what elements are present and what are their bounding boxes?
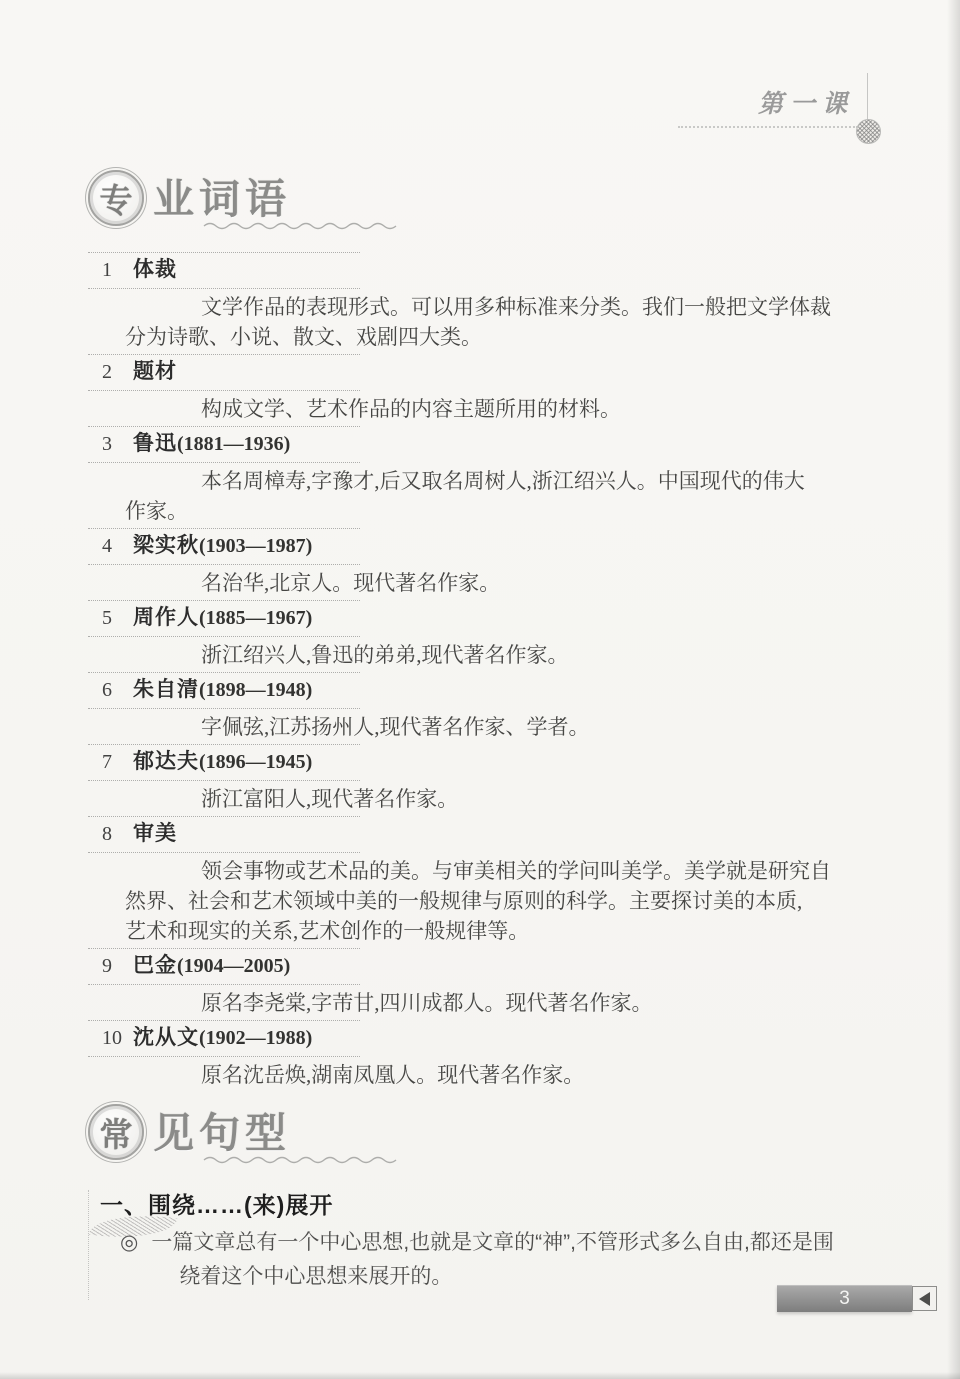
page-bottom-shadow	[0, 1372, 960, 1379]
section-title-vocabulary: 专 业词语	[88, 170, 291, 226]
vocab-term-row: 2题材	[88, 354, 360, 391]
item-term: 朱自清	[133, 678, 199, 701]
item-definition: 领会事物或艺术品的美。与审美相关的学问叫美学。美学就是研究自 然界、社会和艺术领…	[125, 856, 902, 946]
example-text: 一篇文章总有一个中心思想,也就是文章的“神”,不管形式多么自由,都还是围 绕着这…	[151, 1226, 834, 1294]
vocab-item: 1体裁 文学作品的表现形式。可以用多种标准来分类。我们一般把文学体裁 分为诗歌、…	[88, 252, 902, 352]
item-definition: 本名周樟寿,字豫才,后又取名周树人,浙江绍兴人。中国现代的伟大 作家。	[125, 466, 902, 526]
vocab-item: 7郁达夫(1896—1945) 浙江富阳人,现代著名作家。	[88, 744, 902, 814]
vocab-term-row: 10沈从文(1902—1988)	[88, 1020, 360, 1057]
pin-ball-icon	[856, 119, 881, 144]
item-years: (1903—1987)	[199, 535, 312, 557]
item-number: 1	[102, 257, 133, 283]
item-term: 郁达夫	[133, 750, 199, 773]
item-term: 沈从文	[133, 1026, 199, 1049]
page-number-bar: 3	[777, 1285, 912, 1312]
item-term: 鲁迅	[133, 432, 177, 455]
pattern-heading: 一、围绕……(来)展开	[89, 1190, 935, 1221]
definition-line: 艺术和现实的关系,艺术创作的一般规律等。	[125, 916, 902, 946]
vocab-list: 1体裁 文学作品的表现形式。可以用多种标准来分类。我们一般把文学体裁 分为诗歌、…	[88, 252, 902, 1092]
example-line: 绕着这个中心思想来展开的。	[151, 1260, 834, 1294]
definition-line: 本名周樟寿,字豫才,后又取名周树人,浙江绍兴人。中国现代的伟大	[125, 466, 902, 496]
section-title-text: 见句型	[153, 1113, 291, 1160]
vocab-item: 9巴金(1904—2005) 原名李尧棠,字芾甘,四川成都人。现代著名作家。	[88, 948, 902, 1018]
item-term: 巴金	[133, 954, 177, 977]
item-definition: 浙江绍兴人,鲁迅的弟弟,现代著名作家。	[125, 640, 902, 670]
pattern-block: 一、围绕……(来)展开 ◎ 一篇文章总有一个中心思想,也就是文章的“神”,不管形…	[88, 1190, 935, 1300]
definition-line: 名治华,北京人。现代著名作家。	[125, 568, 902, 598]
item-term: 体裁	[133, 258, 177, 281]
vocab-item: 3鲁迅(1881—1936) 本名周樟寿,字豫才,后又取名周树人,浙江绍兴人。中…	[88, 426, 902, 526]
item-number: 10	[102, 1025, 133, 1051]
definition-line: 作家。	[125, 496, 902, 526]
item-definition: 字佩弦,江苏扬州人,现代著名作家、学者。	[125, 712, 902, 742]
item-years: (1896—1945)	[199, 751, 312, 773]
vocab-term-row: 5周作人(1885—1967)	[88, 600, 360, 637]
item-number: 2	[102, 359, 133, 385]
page-edge-shadow	[947, 0, 960, 1379]
vocab-item: 2题材 构成文学、艺术作品的内容主题所用的材料。	[88, 354, 902, 424]
squiggle-underline	[202, 220, 402, 230]
item-term: 审美	[133, 822, 177, 845]
definition-line: 构成文学、艺术作品的内容主题所用的材料。	[125, 394, 902, 424]
item-years: (1898—1948)	[199, 679, 312, 701]
page-nav-box	[912, 1286, 937, 1311]
item-years: (1904—2005)	[177, 955, 290, 977]
definition-line: 浙江富阳人,现代著名作家。	[125, 784, 902, 814]
lesson-header: 第一课	[758, 84, 854, 120]
item-number: 6	[102, 677, 133, 703]
item-years: (1885—1967)	[199, 607, 312, 629]
vocab-term-row: 8审美	[88, 816, 360, 853]
item-term: 梁实秋	[133, 534, 199, 557]
item-term: 题材	[133, 360, 177, 383]
item-number: 3	[102, 431, 133, 457]
page-number: 3	[839, 1288, 850, 1310]
definition-line: 文学作品的表现形式。可以用多种标准来分类。我们一般把文学体裁	[125, 292, 902, 322]
definition-line: 分为诗歌、小说、散文、戏剧四大类。	[125, 322, 902, 352]
section-badge-icon: 专	[88, 170, 144, 226]
item-definition: 构成文学、艺术作品的内容主题所用的材料。	[125, 394, 902, 424]
left-triangle-icon	[919, 1292, 930, 1306]
item-definition: 原名李尧棠,字芾甘,四川成都人。现代著名作家。	[125, 988, 902, 1018]
item-number: 9	[102, 953, 133, 979]
section-badge-icon: 常	[88, 1104, 144, 1160]
vocab-term-row: 3鲁迅(1881—1936)	[88, 426, 360, 463]
definition-line: 原名沈岳焕,湖南凤凰人。现代著名作家。	[125, 1060, 902, 1090]
example-line: 一篇文章总有一个中心思想,也就是文章的“神”,不管形式多么自由,都还是围	[151, 1226, 834, 1260]
item-definition: 浙江富阳人,现代著名作家。	[125, 784, 902, 814]
vocab-item: 5周作人(1885—1967) 浙江绍兴人,鲁迅的弟弟,现代著名作家。	[88, 600, 902, 670]
vocab-item: 6朱自清(1898—1948) 字佩弦,江苏扬州人,现代著名作家、学者。	[88, 672, 902, 742]
item-number: 7	[102, 749, 133, 775]
definition-line: 领会事物或艺术品的美。与审美相关的学问叫美学。美学就是研究自	[125, 856, 902, 886]
pin-line	[867, 73, 868, 122]
definition-line: 字佩弦,江苏扬州人,现代著名作家、学者。	[125, 712, 902, 742]
item-years: (1902—1988)	[199, 1027, 312, 1049]
vocab-term-row: 1体裁	[88, 252, 360, 289]
item-definition: 名治华,北京人。现代著名作家。	[125, 568, 902, 598]
vocab-term-row: 4梁实秋(1903—1987)	[88, 528, 360, 565]
vocab-term-row: 6朱自清(1898—1948)	[88, 672, 360, 709]
definition-line: 浙江绍兴人,鲁迅的弟弟,现代著名作家。	[125, 640, 902, 670]
item-definition: 原名沈岳焕,湖南凤凰人。现代著名作家。	[125, 1060, 902, 1090]
vocab-item: 10沈从文(1902—1988) 原名沈岳焕,湖南凤凰人。现代著名作家。	[88, 1020, 902, 1090]
vocab-item: 4梁实秋(1903—1987) 名治华,北京人。现代著名作家。	[88, 528, 902, 598]
item-years: (1881—1936)	[177, 433, 290, 455]
header-dotted-rule	[678, 126, 858, 128]
vocab-item: 8审美 领会事物或艺术品的美。与审美相关的学问叫美学。美学就是研究自 然界、社会…	[88, 816, 902, 946]
definition-line: 然界、社会和艺术领域中美的一般规律与原则的科学。主要探讨美的本质,	[125, 886, 902, 916]
item-term: 周作人	[133, 606, 199, 629]
pattern-example: ◎ 一篇文章总有一个中心思想,也就是文章的“神”,不管形式多么自由,都还是围 绕…	[89, 1226, 935, 1294]
item-number: 8	[102, 821, 133, 847]
item-number: 4	[102, 533, 133, 559]
item-number: 5	[102, 605, 133, 631]
section-title-patterns: 常 见句型	[88, 1104, 291, 1160]
vocab-term-row: 7郁达夫(1896—1945)	[88, 744, 360, 781]
vocab-term-row: 9巴金(1904—2005)	[88, 948, 360, 985]
book-page: 第一课 专 业词语 1体裁 文学作品的表现形式。可以用多种标准来分类。我们一般把…	[0, 0, 960, 1379]
item-definition: 文学作品的表现形式。可以用多种标准来分类。我们一般把文学体裁 分为诗歌、小说、散…	[125, 292, 902, 352]
squiggle-underline	[202, 1154, 402, 1164]
definition-line: 原名李尧棠,字芾甘,四川成都人。现代著名作家。	[125, 988, 902, 1018]
section-title-text: 业词语	[153, 179, 291, 226]
